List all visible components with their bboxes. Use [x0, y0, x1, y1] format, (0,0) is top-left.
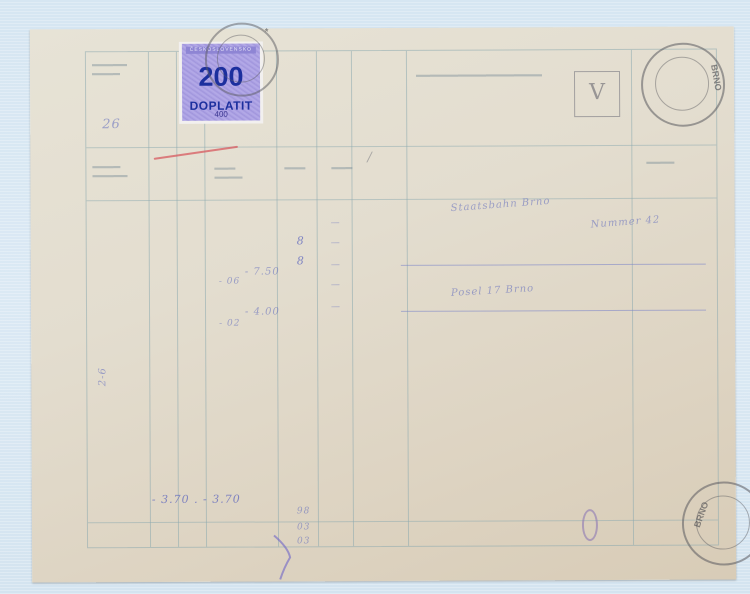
bottom-total: - 3.70 . - 3.70: [152, 493, 241, 506]
postmark-top-right: BRNO: [641, 43, 725, 127]
middle-mark-2: —: [331, 238, 341, 248]
middle-mark-5: —: [331, 302, 341, 312]
header-cell-2: ▬▬▬▬▬▬▬▬▬▬▬▬▬▬▬▬▬▬: [416, 70, 542, 80]
zero-mark: [582, 509, 598, 541]
row-2-count: 8: [297, 254, 305, 267]
middle-mark-1: —: [331, 218, 341, 228]
row-1-count: 8: [297, 234, 305, 247]
bottom-number-2: 03: [297, 522, 310, 532]
ink-squiggle: [270, 533, 300, 583]
header-cell-3: ▬▬▬▬▬▬▬▬▬: [92, 162, 127, 180]
middle-mark-3: —: [331, 260, 341, 270]
header-cell-4: ▬▬▬▬▬▬▬: [214, 164, 242, 182]
header-cell-5: ▬▬▬: [284, 163, 305, 172]
header-cell-1: ▬▬▬▬▬▬▬▬▬: [92, 60, 127, 78]
pencil-tick: /: [367, 150, 371, 165]
header-cell-6: ▬▬▬: [331, 163, 352, 172]
stamp-original-value: 400: [182, 110, 260, 119]
middle-mark-4: —: [331, 280, 341, 290]
left-column-value: 2-6: [97, 367, 108, 386]
header-cell-7: ▬▬▬▬: [646, 158, 674, 167]
row-2-fee: - 02: [219, 319, 240, 329]
postmark-stamp-cancel: *: [205, 22, 279, 96]
row-1-amount: - 7.50: [245, 266, 280, 277]
box-cancel-mark: V: [574, 71, 620, 117]
handwritten-header-number: 26: [102, 117, 121, 132]
row-2-amount: - 4.00: [245, 306, 280, 317]
postage-due-document: ▬▬▬▬▬▬▬▬▬ ▬▬▬▬▬▬▬▬▬▬▬▬▬▬▬▬▬▬ ▬▬▬▬▬▬▬▬▬ ▬…: [30, 26, 736, 582]
bottom-number-1: 98: [297, 506, 310, 516]
row-1-fee: - 06: [219, 277, 240, 287]
